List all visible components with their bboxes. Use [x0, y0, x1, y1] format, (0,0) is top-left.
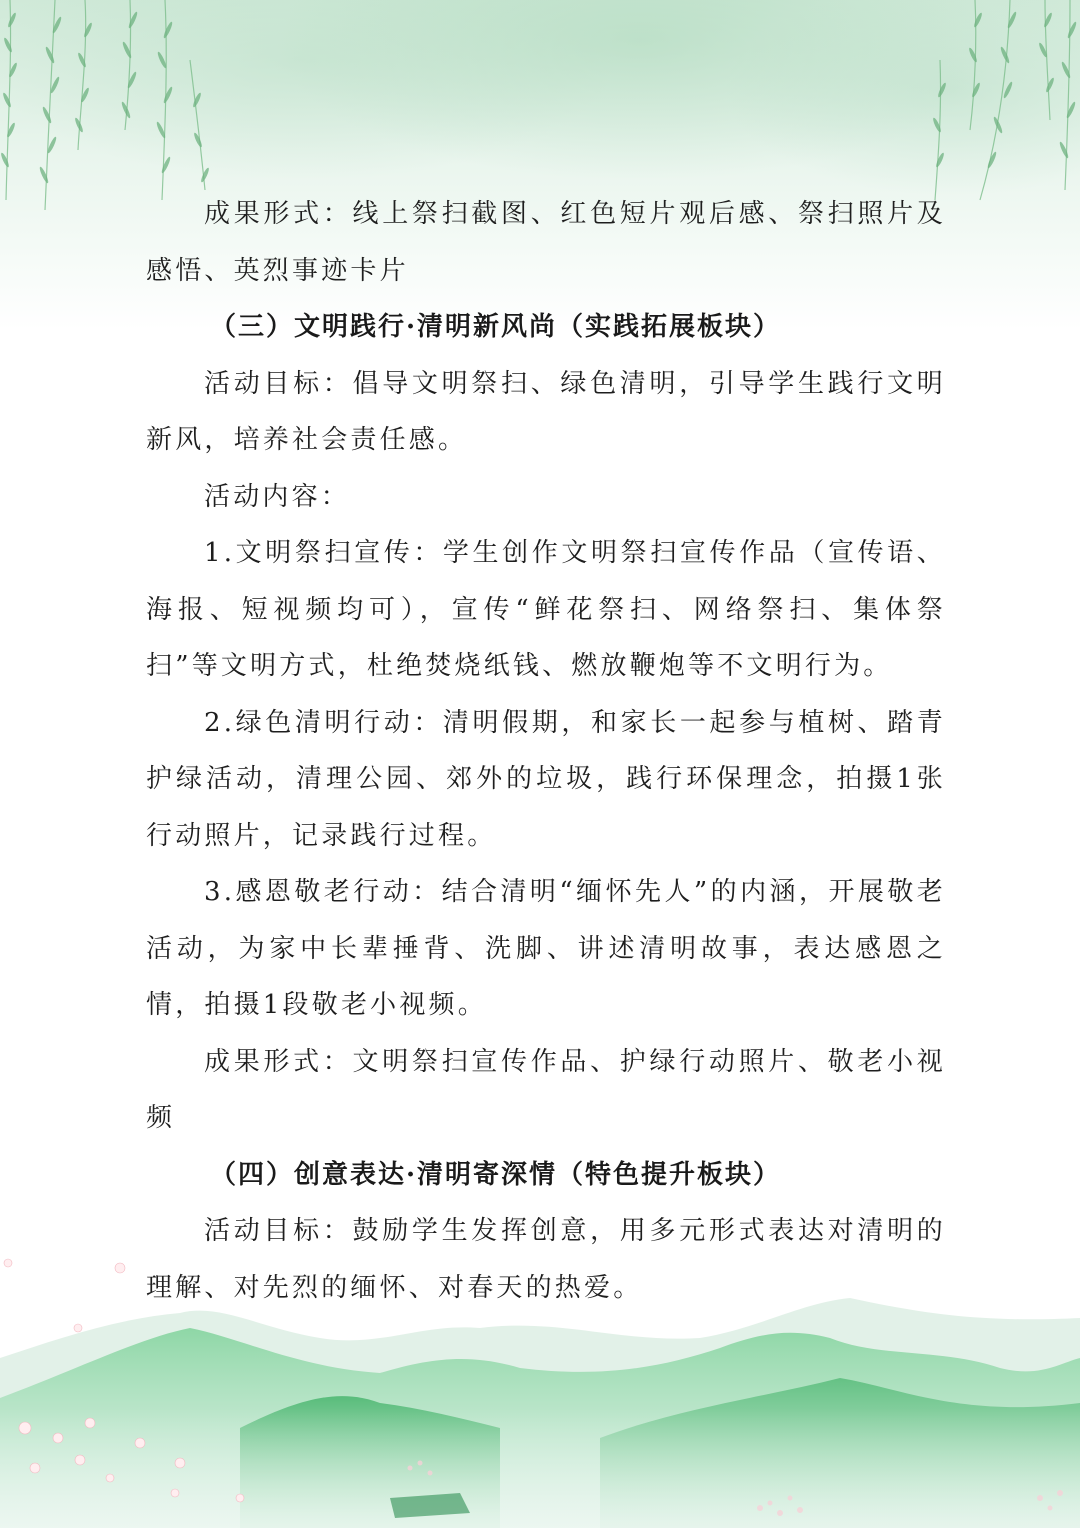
result-form-paragraph-2: 成果形式：文明祭扫宣传作品、护绿行动照片、敬老小视频 [146, 1034, 946, 1147]
activity-goal-paragraph-2: 活动目标：鼓励学生发挥创意，用多元形式表达对清明的理解、对先烈的缅怀、对春天的热… [146, 1203, 946, 1316]
item-green-qingming: 2.绿色清明行动：清明假期，和家长一起参与植树、踏青护绿活动，清理公园、郊外的垃… [146, 695, 946, 865]
result-form-paragraph: 成果形式：线上祭扫截图、红色短片观后感、祭扫照片及感悟、英烈事迹卡片 [146, 186, 946, 299]
section-heading-three: （三）文明践行·清明新风尚（实践拓展板块） [146, 299, 946, 356]
item-civilized-sweeping: 1.文明祭扫宣传：学生创作文明祭扫宣传作品（宣传语、海报、短视频均可），宣传“鲜… [146, 525, 946, 695]
document-body: 成果形式：线上祭扫截图、红色短片观后感、祭扫照片及感悟、英烈事迹卡片 （三）文明… [146, 186, 946, 1316]
section-heading-four: （四）创意表达·清明寄深情（特色提升板块） [146, 1147, 946, 1204]
item-respect-elders: 3.感恩敬老行动：结合清明“缅怀先人”的内涵，开展敬老活动，为家中长辈捶背、洗脚… [146, 864, 946, 1034]
activity-goal-paragraph: 活动目标：倡导文明祭扫、绿色清明，引导学生践行文明新风，培养社会责任感。 [146, 356, 946, 469]
activity-content-label: 活动内容： [146, 469, 946, 526]
